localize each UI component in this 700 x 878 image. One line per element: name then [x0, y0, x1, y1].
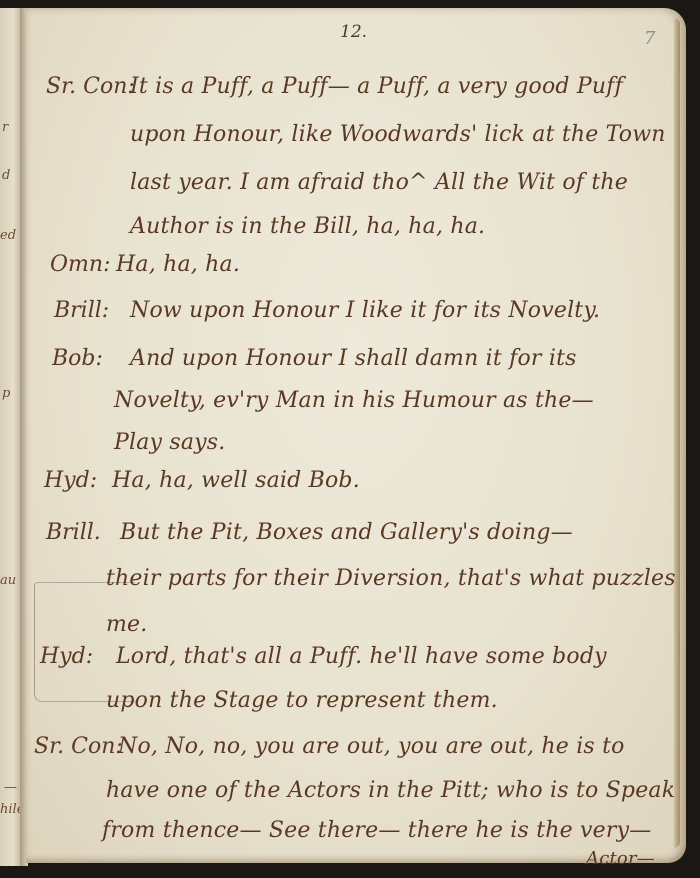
dialogue-line: But the Pit, Boxes and Gallery's doing— — [120, 520, 573, 545]
catchword: Actor— — [586, 848, 655, 869]
facing-page-fragment: ed — [0, 228, 16, 243]
speaker-label: Brill: — [54, 298, 109, 323]
manuscript-page: 12. 7 Sr. Con: It is a Puff, a Puff— a P… — [26, 8, 686, 863]
dialogue-line: Novelty, ev'ry Man in his Humour as the— — [114, 388, 594, 413]
dialogue-text: Sr. Con: It is a Puff, a Puff— a Puff, a… — [26, 8, 686, 863]
dialogue-line: No, No, no, you are out, you are out, he… — [118, 734, 625, 759]
speaker-label: Omn: — [50, 252, 110, 277]
speaker-label: Brill. — [46, 520, 101, 545]
facing-page-fragment: au — [0, 573, 16, 588]
speaker-label: Bob: — [52, 346, 103, 371]
facing-page-fragment: hile — [0, 802, 22, 817]
dialogue-line: me. — [106, 612, 147, 637]
facing-page-fragment: d — [2, 168, 10, 183]
dialogue-line: It is a Puff, a Puff— a Puff, a very goo… — [130, 74, 623, 99]
dialogue-line: And upon Honour I shall damn it for its — [130, 346, 577, 371]
facing-page-fragment: — — [4, 780, 17, 795]
dialogue-line: Now upon Honour I like it for its Novelt… — [130, 298, 600, 323]
dialogue-line: Ha, ha, well said Bob. — [112, 468, 360, 493]
dialogue-line: Play says. — [114, 430, 226, 455]
dialogue-line: Author is in the Bill, ha, ha, ha. — [130, 214, 485, 239]
dialogue-line: Lord, that's all a Puff. he'll have some… — [116, 644, 607, 669]
dialogue-line: from thence— See there— there he is the … — [102, 818, 651, 843]
facing-page-fragment: r — [2, 120, 8, 135]
speaker-label: Sr. Con: — [46, 74, 135, 99]
speaker-label: Sr. Con: — [34, 734, 123, 759]
facing-page-fragment: p — [2, 386, 10, 401]
manuscript-scan: r d ed p au — hile 12. 7 Sr. Con: It is … — [0, 0, 700, 878]
facing-page-edge: r d ed p au — hile — [0, 8, 22, 866]
dialogue-line: last year. I am afraid tho^ All the Wit … — [130, 170, 628, 195]
dialogue-line: have one of the Actors in the Pitt; who … — [106, 778, 675, 803]
speaker-label: Hyd: — [44, 468, 97, 493]
dialogue-line: upon the Stage to represent them. — [106, 688, 498, 713]
dialogue-line: their parts for their Diversion, that's … — [106, 566, 676, 591]
dialogue-line: Ha, ha, ha. — [116, 252, 240, 277]
speaker-label: Hyd: — [40, 644, 93, 669]
dialogue-line: upon Honour, like Woodwards' lick at the… — [130, 122, 666, 147]
